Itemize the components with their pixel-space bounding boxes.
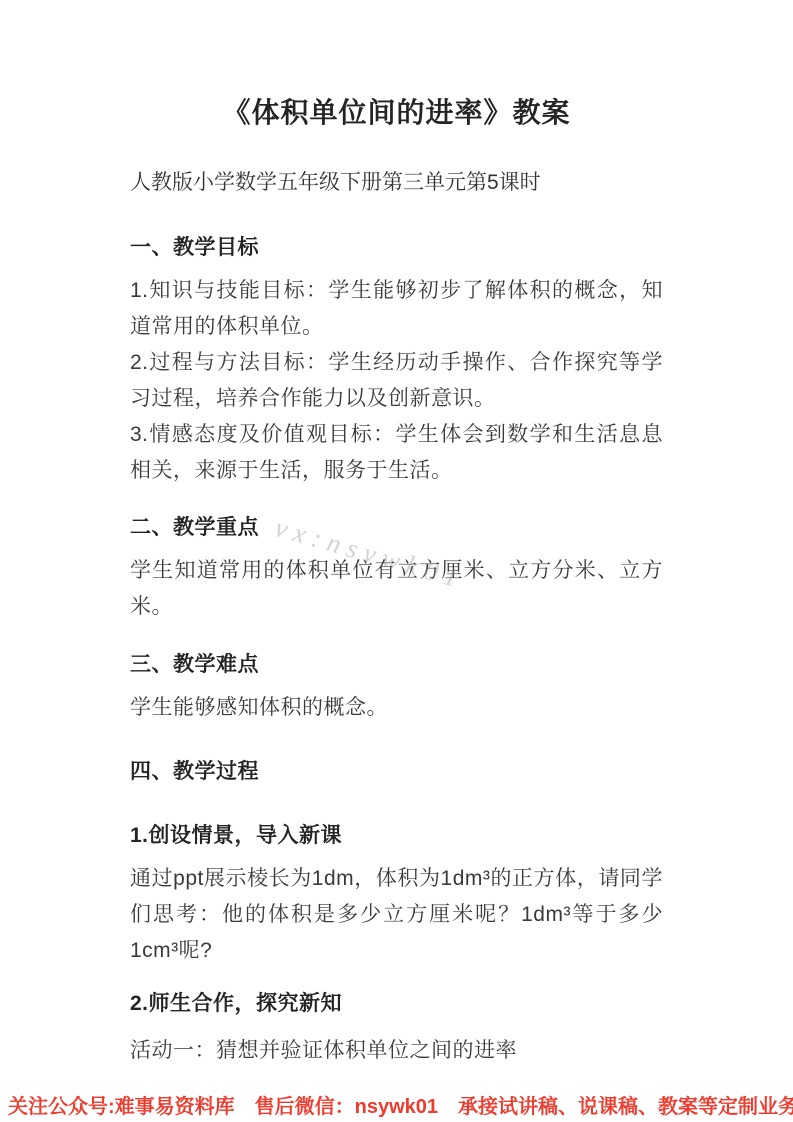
section-heading-objectives: 一、教学目标: [130, 235, 663, 261]
section-heading-difficulties: 三、教学难点: [130, 652, 663, 678]
footer-banner: 关注公众号:难事易资料库 售后微信：nsywk01 承接试讲稿、说课稿、教案等定…: [0, 1087, 793, 1122]
paragraph-activity-1: 活动一：猜想并验证体积单位之间的进率: [130, 1033, 663, 1069]
document-content: 《体积单位间的进率》教案 人教版小学数学五年级下册第三单元第5课时 一、教学目标…: [0, 0, 793, 1069]
paragraph-objective-1: 1.知识与技能目标：学生能够初步了解体积的概念，知道常用的体积单位。: [130, 273, 663, 345]
paragraph-objective-2: 2.过程与方法目标：学生经历动手操作、合作探究等学习过程，培养合作能力以及创新意…: [130, 345, 663, 417]
subsection-heading-cooperation: 2.师生合作，探究新知: [130, 991, 663, 1017]
section-heading-key-points: 二、教学重点: [130, 515, 663, 541]
document-page: 《体积单位间的进率》教案 人教版小学数学五年级下册第三单元第5课时 一、教学目标…: [0, 0, 793, 1122]
subsection-heading-intro: 1.创设情景，导入新课: [130, 823, 663, 849]
paragraph-intro: 通过ppt展示棱长为1dm，体积为1dm³的正方体，请同学们思考：他的体积是多少…: [130, 861, 663, 969]
paragraph-key-points: 学生知道常用的体积单位有立方厘米、立方分米、立方米。: [130, 553, 663, 625]
doc-subtitle: 人教版小学数学五年级下册第三单元第5课时: [130, 170, 663, 196]
footer-text: 关注公众号:难事易资料库 售后微信：nsywk01 承接试讲稿、说课稿、教案等定…: [8, 1090, 793, 1119]
doc-title: 《体积单位间的进率》教案: [130, 0, 663, 130]
paragraph-difficulties: 学生能够感知体积的概念。: [130, 690, 663, 726]
paragraph-objective-3: 3.情感态度及价值观目标：学生体会到数学和生活息息相关，来源于生活，服务于生活。: [130, 417, 663, 489]
section-heading-process: 四、教学过程: [130, 759, 663, 785]
